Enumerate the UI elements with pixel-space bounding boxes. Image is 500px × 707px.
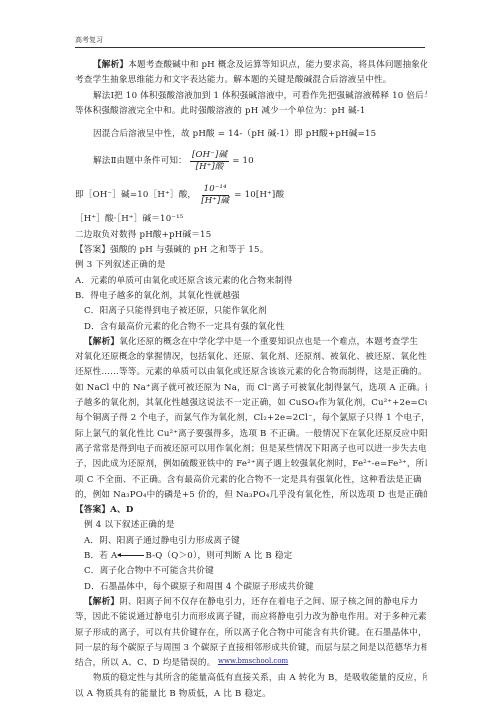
text-line: 二边取负对数得 pH酸+pH碱＝15 xyxy=(75,228,427,243)
text-line: 解法Ⅱ由题中条件可知： xyxy=(93,154,187,169)
fraction: [OH⁻]碱 [H⁺]酸 xyxy=(190,150,229,173)
text-line: 子越多的氧化剂，其氧化性越强这说法不一定正确，如 CuSO₄作为氧化剂，Cu²⁺… xyxy=(75,396,427,411)
text-line: 每个铜离子得 2 个电子，而氯气作为氧化剂，Cl₂+2e=2Cl⁻，每个氯原子只… xyxy=(75,411,427,426)
text-line: 本题考查酸碱中和 pH 概念及运算等知识点，能力要求高，将具体问题抽象化， xyxy=(128,60,427,70)
text-line: 原子形成的离子，可以有共价键存在，所以离子化合物中可能含有共价键。在石墨晶体中， xyxy=(75,626,427,641)
example-title: 例 4 以下叙述正确的是 xyxy=(75,518,427,533)
option-d: D．石墨晶体中，每个碳原子和周围 4 个碳原子形成共价键 xyxy=(75,580,427,595)
text-line: 即［OH⁻］碱=10［H⁺］酸， xyxy=(75,188,196,203)
text-line: 以 A 物质具有的能量比 B 物质低，A 比 B 稳定。 xyxy=(75,687,427,702)
analysis-label: 【解析】 xyxy=(84,597,119,607)
option-b: B．得电子越多的氧化剂，其氧化性就越强 xyxy=(75,289,427,304)
option-c: C．阳离子只能得到电子被还原，只能作氧化剂 xyxy=(75,304,427,319)
footer-link[interactable]: www.bmschool.com xyxy=(218,657,288,665)
option-d: D．含有最高价元素的化合物不一定具有强的氧化性 xyxy=(75,320,427,335)
fraction-denominator: [H⁺]酸 xyxy=(194,162,226,173)
option-a: A．元素的单质可由氧化或还原含该元素的化合物来制得 xyxy=(75,274,427,289)
page-header: 高考复习 xyxy=(75,37,425,48)
text-line: 物质的稳定性与其所含的能量高低有直接关系，由 A 转化为 B，是吸收能量的反应，… xyxy=(75,671,427,686)
text-line: = 10[H⁺]酸 xyxy=(234,188,284,203)
method2-equation: 即［OH⁻］碱=10［H⁺］酸， 10⁻¹⁴ [H⁺]碱 = 10[H⁺]酸 xyxy=(75,182,427,208)
text-line: 等，因此不能说通过静电引力而形成离子键，而应将静电引力改为静电作用。对于多种元素 xyxy=(75,610,427,625)
text-line: ［H⁺］酸·［H⁺］碱＝10⁻¹⁵ xyxy=(75,212,427,227)
fraction: 10⁻¹⁴ [H⁺]碱 xyxy=(199,184,231,207)
text-line: 阴、阳离子间不仅存在静电引力，还存在着电子之间、原子核之间的静电斥力 xyxy=(119,597,418,607)
text-line: 离子常常是得到电子而被还原可以用作氧化剂；但是某些情况下阳离子也可以进一步失去电 xyxy=(75,442,427,457)
document-body: 【解析】本题考查酸碱中和 pH 概念及运算等知识点，能力要求高，将具体问题抽象化… xyxy=(75,58,427,702)
text-line: 同一层的每个碳原子与周围 3 个碳原子直接相邻形成共价键，而层与层之间是以范德华… xyxy=(75,641,427,656)
text-line: 对氧化还原概念的掌握情况，包括氧化、还原、氧化剂、还原剂、被氧化、被还原、氧化性… xyxy=(75,350,427,365)
fraction-denominator: [H⁺]碱 xyxy=(199,196,231,207)
text-line: 项 C 不全面、不正确。含有最高价元素的化合物不一定是具有强氧化性，这种看法是正… xyxy=(75,473,427,488)
text-line: 还原性……等等。元素的单质可以由氧化或还原含该该元素的化合物而制得，这是正确的。 xyxy=(75,365,427,380)
analysis-paragraph-line: 【解析】氧化还原的概念在中学化学中是一个重要知识点也是一个难点，本题考查学生 xyxy=(75,335,427,350)
example-title: 例 3 下列叙述正确的是 xyxy=(75,258,427,273)
document-page: 高考复习 【解析】本题考查酸碱中和 pH 概念及运算等知识点，能力要求高，将具体… xyxy=(0,0,500,707)
text-line: 子，因此成为还原剂，例如硫酸亚铁中的 Fe²⁺离子遇上较强氧化剂时，Fe²⁺-e… xyxy=(75,457,427,472)
analysis-paragraph-line: 【解析】阴、阳离子间不仅存在静电引力，还存在着电子之间、原子核之间的静电斥力 xyxy=(75,595,427,610)
reverse-arrow-icon xyxy=(118,555,144,556)
text-line: 际上氯气的氧化性比 Cu²⁺离子要强得多，选项 B 不正确。一般情况下在氧化还原… xyxy=(75,427,427,442)
option-a: A．阴、阳离子通过静电引力形成离子键 xyxy=(75,534,427,549)
text-line: B．若 A xyxy=(84,551,117,561)
fraction-numerator: [OH⁻]碱 xyxy=(190,150,229,162)
text-line: = 10 xyxy=(232,154,254,169)
text-line: 如 NaCl 中的 Na⁺离子就可被还原为 Na，而 Cl⁻离子可被氧化制得氯气… xyxy=(75,381,427,396)
text-line: 氧化还原的概念在中学化学中是一个重要知识点也是一个难点，本题考查学生 xyxy=(119,337,418,347)
method1-conclusion: 因混合后溶液呈中性，故 pH酸 = 14-（pH 碱-1）即 pH酸+pH碱=1… xyxy=(75,127,427,142)
analysis-label: 【解析】 xyxy=(84,337,119,347)
method1-line: 解法Ⅰ把 10 体积强酸溶液加到 1 体积强碱溶液中，可看作先把强碱溶液稀释 1… xyxy=(75,89,427,104)
method1-line: 等体积强酸溶液完全中和。此时强酸溶液的 pH 减少一个单位为：pH 碱-1 xyxy=(75,104,427,119)
answer-line: 【答案】强酸的 pH 与强碱的 pH 之和等于 15。 xyxy=(75,243,427,258)
header-title: 高考复习 xyxy=(75,35,103,45)
answer-line: 【答案】A、D xyxy=(75,503,427,518)
text-line: 考查学生抽象思维能力和文字表达能力。解本题的关键是酸碱混合后溶液呈中性。 xyxy=(75,73,427,88)
analysis-label: 【解析】 xyxy=(93,60,128,70)
analysis-paragraph-line: 【解析】本题考查酸碱中和 pH 概念及运算等知识点，能力要求高，将具体问题抽象化… xyxy=(75,58,427,73)
text-line: B-Q（Q＞0），则可判断 A 比 B 稳定 xyxy=(145,551,292,561)
method2-equation: 解法Ⅱ由题中条件可知： [OH⁻]碱 [H⁺]酸 = 10 xyxy=(75,148,427,174)
option-b: B．若 AB-Q（Q＞0），则可判断 A 比 B 稳定 xyxy=(75,549,427,564)
text-line: 的，例如 Na₃PO₄中的磷是+5 价的，但 Na₃PO₄几乎没有氧化性，所以选… xyxy=(75,488,427,503)
option-c: C．离子化合物中不可能含共价键 xyxy=(75,564,427,579)
fraction-numerator: 10⁻¹⁴ xyxy=(202,184,229,196)
